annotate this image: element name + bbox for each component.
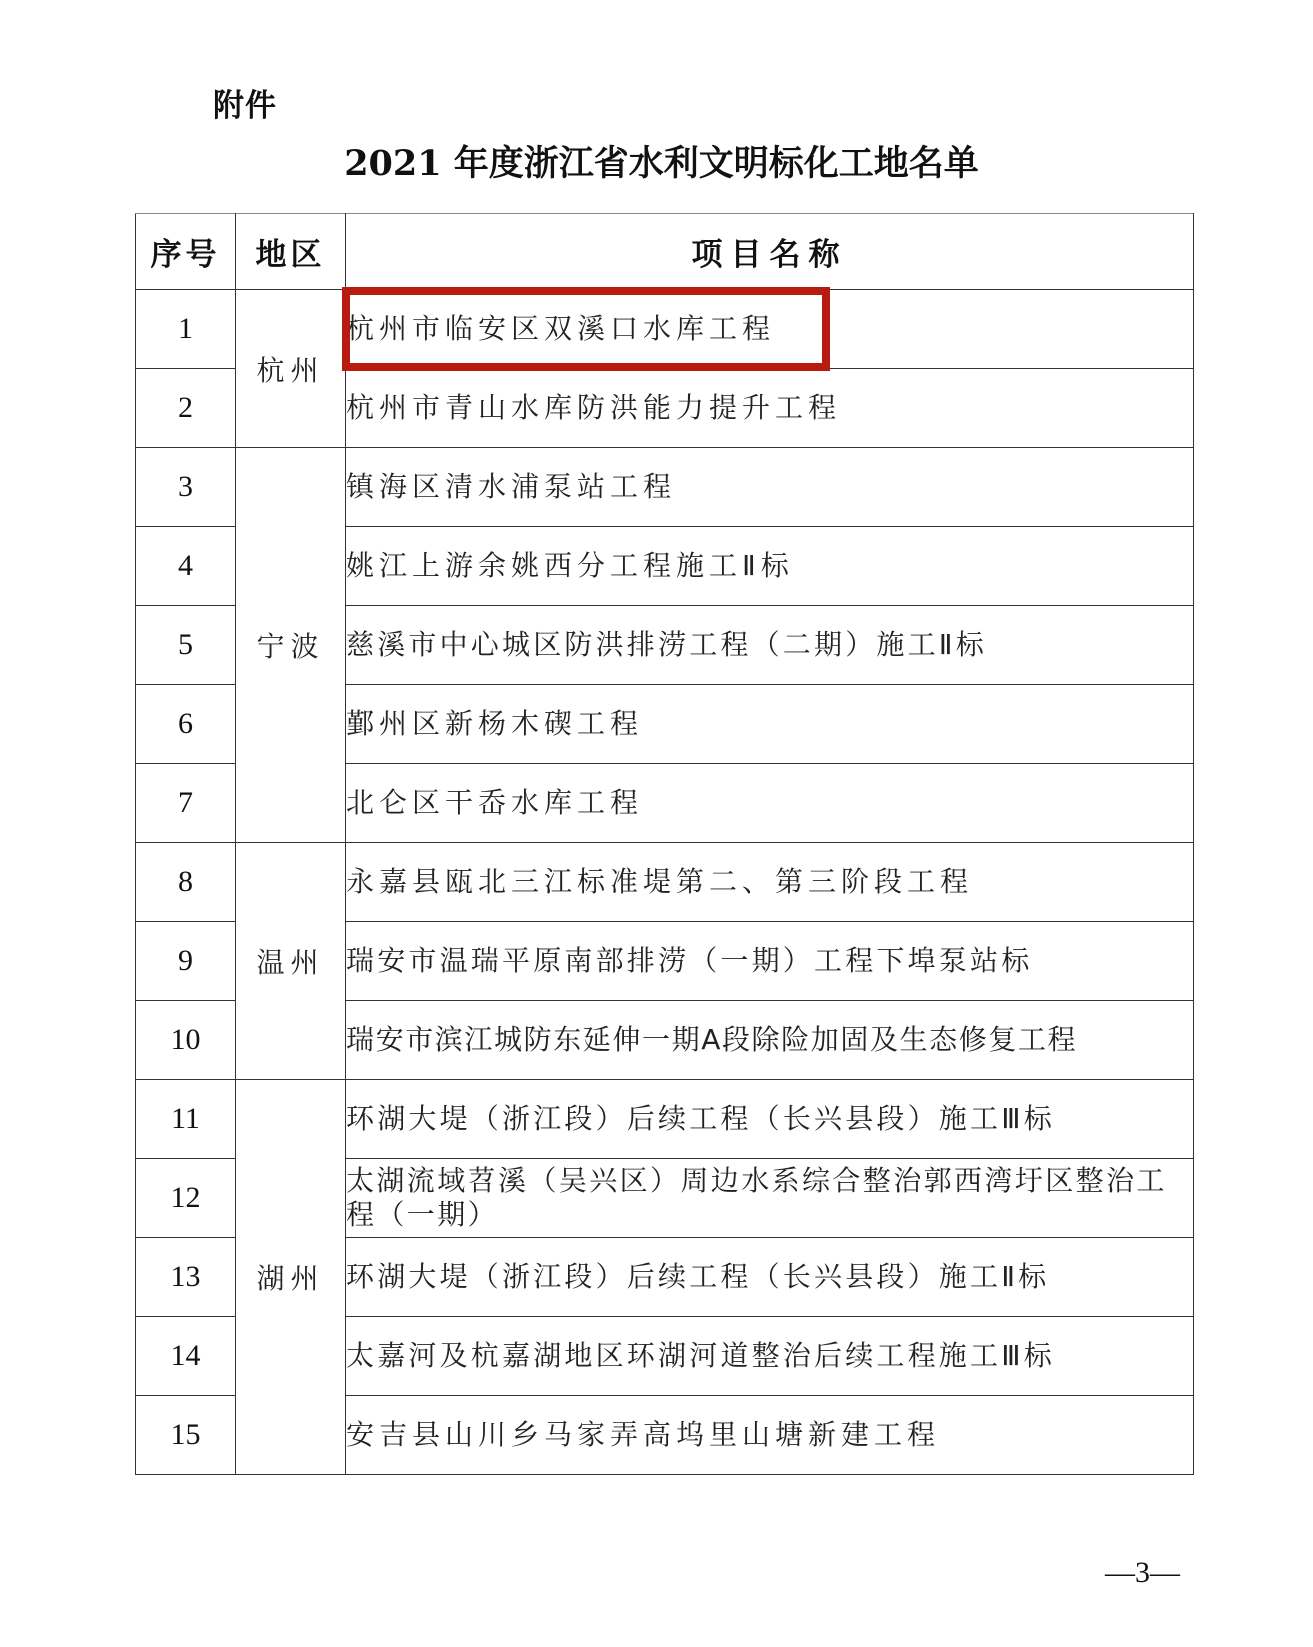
project-name: 环湖大堤（浙江段）后续工程（长兴县段）施工Ⅱ标 [346, 1238, 1194, 1317]
project-name: 鄞州区新杨木碶工程 [346, 685, 1194, 764]
project-name: 慈溪市中心城区防洪排涝工程（二期）施工Ⅱ标 [346, 606, 1194, 685]
project-name: 瑞安市滨江城防东延伸一期A段除险加固及生态修复工程 [346, 1001, 1194, 1080]
row-index: 11 [136, 1080, 236, 1159]
table-header-row: 序号 地区 项目名称 [136, 214, 1194, 290]
project-name: 安吉县山川乡马家弄高坞里山塘新建工程 [346, 1396, 1194, 1475]
project-name: 杭州市临安区双溪口水库工程 [346, 290, 1194, 369]
row-index: 10 [136, 1001, 236, 1080]
row-index: 13 [136, 1238, 236, 1317]
region-cell: 温州 [236, 843, 346, 1080]
table-row: 11 湖州 环湖大堤（浙江段）后续工程（长兴县段）施工Ⅲ标 [136, 1080, 1194, 1159]
region-cell: 杭州 [236, 290, 346, 448]
page-number: —3— [1105, 1556, 1180, 1590]
header-index: 序号 [136, 214, 236, 290]
row-index: 7 [136, 764, 236, 843]
project-name: 太湖流域苕溪（吴兴区）周边水系综合整治郭西湾圩区整治工程（一期） [346, 1159, 1194, 1238]
table-row: 8 温州 永嘉县瓯北三江标准堤第二、第三阶段工程 [136, 843, 1194, 922]
project-name: 杭州市青山水库防洪能力提升工程 [346, 369, 1194, 448]
region-cell: 湖州 [236, 1080, 346, 1475]
project-name: 镇海区清水浦泵站工程 [346, 448, 1194, 527]
row-index: 2 [136, 369, 236, 448]
row-index: 4 [136, 527, 236, 606]
header-region: 地区 [236, 214, 346, 290]
row-index: 8 [136, 843, 236, 922]
table-row: 1 杭州 杭州市临安区双溪口水库工程 [136, 290, 1194, 369]
project-name: 环湖大堤（浙江段）后续工程（长兴县段）施工Ⅲ标 [346, 1080, 1194, 1159]
row-index: 12 [136, 1159, 236, 1238]
row-index: 3 [136, 448, 236, 527]
project-name: 姚江上游余姚西分工程施工Ⅱ标 [346, 527, 1194, 606]
row-index: 6 [136, 685, 236, 764]
attachment-label: 附件 [213, 80, 277, 125]
row-index: 15 [136, 1396, 236, 1475]
row-index: 1 [136, 290, 236, 369]
document-title: 2021 年度浙江省水利文明标化工地名单 [0, 136, 1313, 186]
table-row: 3 宁波 镇海区清水浦泵站工程 [136, 448, 1194, 527]
project-name: 瑞安市温瑞平原南部排涝（一期）工程下埠泵站标 [346, 922, 1194, 1001]
project-name: 北仑区干岙水库工程 [346, 764, 1194, 843]
row-index: 14 [136, 1317, 236, 1396]
region-cell: 宁波 [236, 448, 346, 843]
project-list-table: 序号 地区 项目名称 1 杭州 杭州市临安区双溪口水库工程 2 杭州市青山水库防… [135, 213, 1194, 1475]
project-name: 太嘉河及杭嘉湖地区环湖河道整治后续工程施工Ⅲ标 [346, 1317, 1194, 1396]
header-project-name: 项目名称 [346, 214, 1194, 290]
project-name: 永嘉县瓯北三江标准堤第二、第三阶段工程 [346, 843, 1194, 922]
row-index: 5 [136, 606, 236, 685]
row-index: 9 [136, 922, 236, 1001]
